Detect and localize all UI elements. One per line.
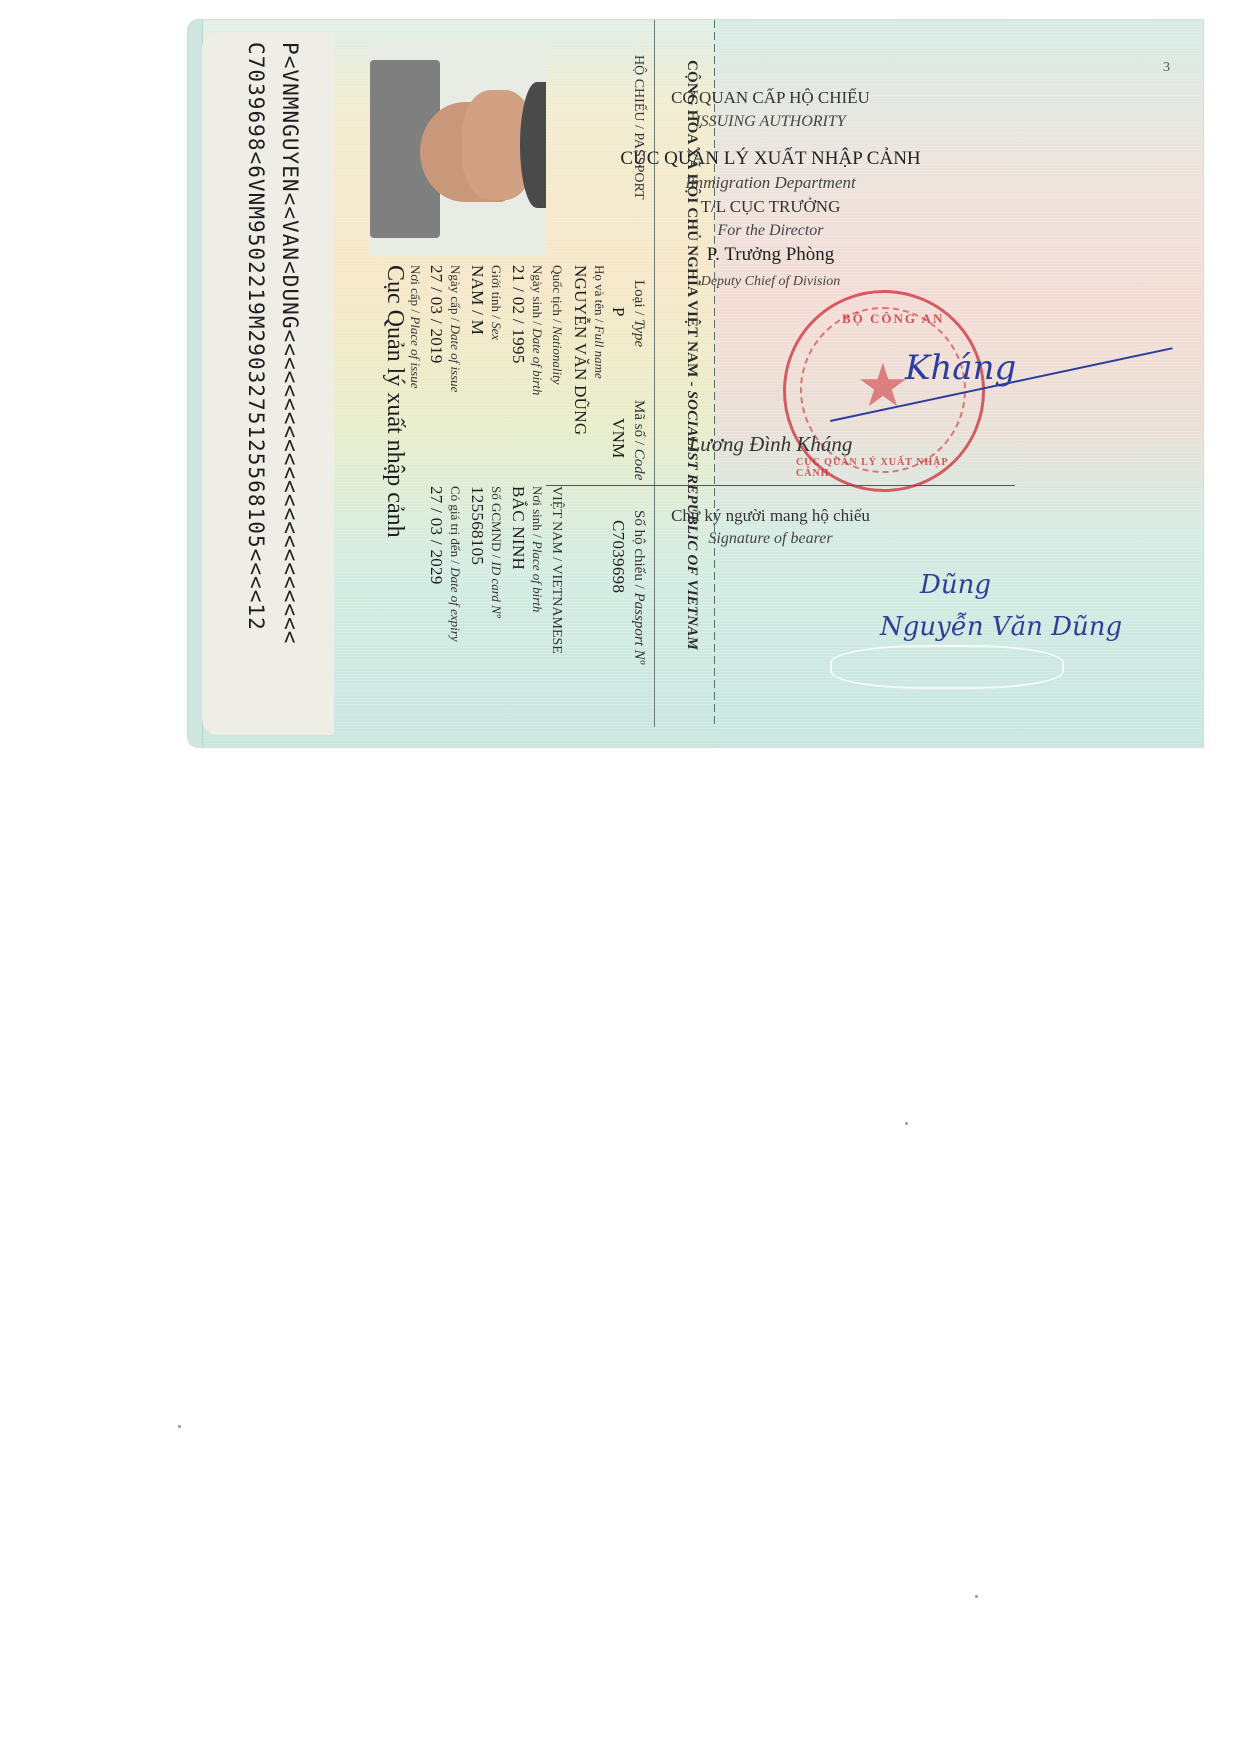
department-vi: CỤC QUẢN LÝ XUẤT NHẬP CẢNH: [526, 148, 1015, 170]
bearer-signature-full: Nguyễn Văn Dũng: [880, 612, 1122, 642]
signature-divider: [546, 485, 1015, 486]
position-vi: P. Trưởng Phòng: [526, 244, 1015, 266]
dob-value: 21 / 02 / 1995: [508, 265, 528, 364]
full-name-value: NGUYỄN VĂN DŨNG: [570, 265, 590, 435]
mrz-line-2: C7039698<6VNM9502219M2903275125568105<<<…: [244, 42, 268, 631]
sex-value: NAM / M: [467, 265, 487, 335]
expiry-date-value: 27 / 03 / 2029: [426, 486, 446, 585]
place-of-issue-label: Nơi cấp / Place of issue: [406, 265, 424, 389]
place-of-birth-value: BẮC NINH: [508, 486, 528, 570]
type-value: P: [608, 307, 628, 317]
scan-speck: [178, 1425, 181, 1428]
issue-date-label: Ngày cấp / Date of issue: [446, 265, 464, 392]
id-card-label: Số GCMND / ID card Nº: [487, 486, 505, 618]
issue-date-value: 27 / 03 / 2019: [426, 265, 446, 364]
on-behalf-vi: T/L CỤC TRƯỞNG: [526, 197, 1015, 217]
department-en: Immigration Department: [526, 173, 1015, 193]
mrz-zone: [202, 32, 334, 735]
bearer-signature-short: Dũng: [920, 570, 991, 600]
page-edge: [188, 20, 203, 747]
sex-label: Giới tính / Sex: [487, 265, 505, 340]
page-number: 3: [1163, 60, 1170, 76]
type-label: Loại / Type: [630, 280, 648, 347]
id-card-value: 125568105: [467, 486, 487, 565]
mrz-line-1: P<VNMNGUYEN<<VAN<DUNG<<<<<<<<<<<<<<<<<<<…: [278, 42, 302, 645]
bearer-signature-label-vi: Chữ ký người mang hộ chiếu: [526, 506, 1015, 526]
authority-signature: Kháng: [905, 348, 1016, 388]
place-of-birth-label: Nơi sinh / Place of birth: [528, 486, 546, 612]
phoenix-watermark: [830, 645, 1064, 689]
issuing-authority-en: ISSUING AUTHORITY: [526, 113, 1015, 131]
position-en: Deputy Chief of Division: [526, 274, 1015, 290]
signatory-name: Lương Đình Kháng: [526, 432, 1015, 457]
expiry-date-label: Có giá trị đến / Date of expiry: [446, 486, 464, 642]
official-stamp: ★ BỘ CÔNG AN CỤC QUẢN LÝ XUẤT NHẬP CẢNH: [783, 290, 985, 492]
bearer-signature-label-en: Signature of bearer: [526, 530, 1015, 548]
scanned-page: CỘNG HÒA XÃ HỘI CHỦ NGHĨA VIỆT NAM - SOC…: [0, 0, 1241, 1754]
issuing-authority-vi: CƠ QUAN CẤP HỘ CHIẾU: [526, 88, 1015, 108]
scan-speck: [975, 1595, 978, 1598]
on-behalf-en: For the Director: [526, 222, 1015, 240]
place-of-issue-value: Cục Quản lý xuất nhập cảnh: [381, 265, 408, 538]
holder-photo: [370, 44, 546, 256]
scan-speck: [905, 1122, 908, 1125]
